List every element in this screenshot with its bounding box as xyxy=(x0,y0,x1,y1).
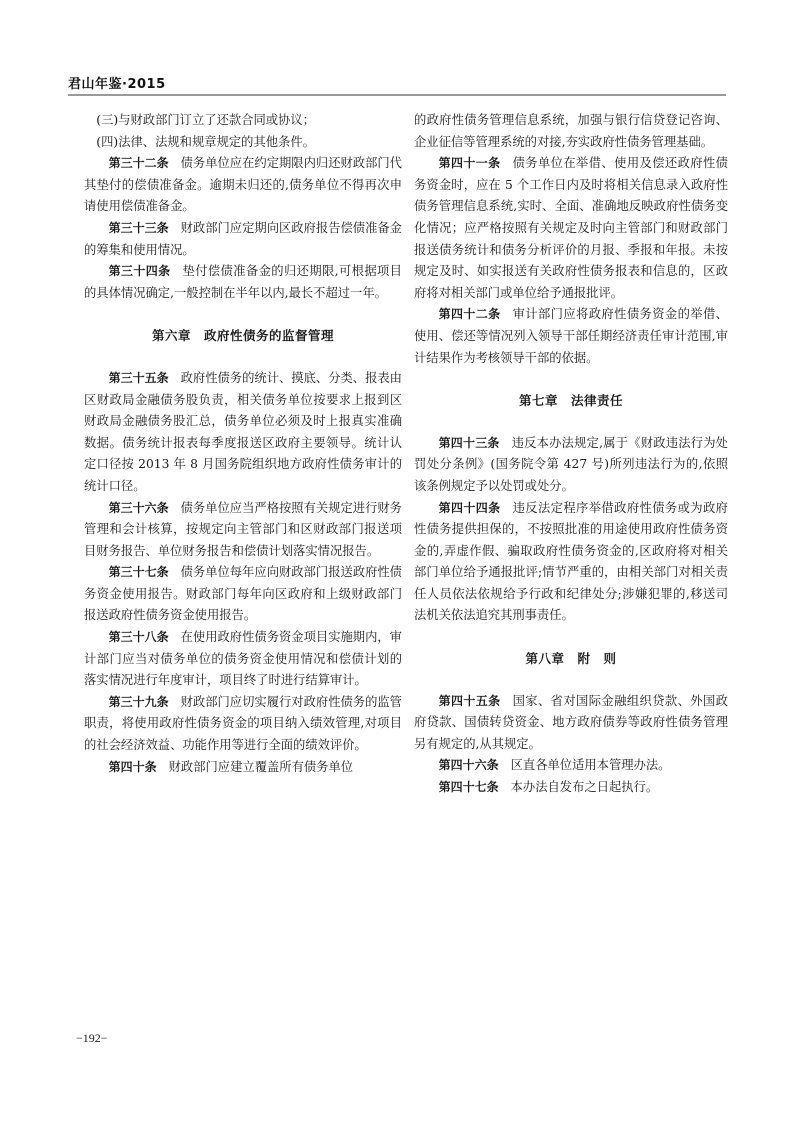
left-column: (三)与财政部门订立了还款合同或协议； (四)法律、法规和规章规定的其他条件。 … xyxy=(84,110,402,778)
article-label: 第三十五条 xyxy=(109,371,169,385)
article-label: 第四十条 xyxy=(109,760,157,774)
article-38: 第三十八条在使用政府性债务资金项目实施期内，审计部门应当对债务单位的债务资金使用… xyxy=(84,627,402,692)
article-33: 第三十三条财政部门应定期向区政府报告偿债准备金的筹集和使用情况。 xyxy=(84,218,402,261)
article-34: 第三十四条垫付偿债准备金的归还期限,可根据项目的具体情况确定,一般控制在半年以内… xyxy=(84,261,402,304)
chapter-heading: 第七章 法律责任 xyxy=(414,390,728,412)
article-label: 第三十三条 xyxy=(109,221,169,235)
article-text: 本办法自发布之日起执行。 xyxy=(511,780,659,794)
article-36: 第三十六条债务单位应当严格按照有关规定进行财务管理和会计核算，按规定向主管部门和… xyxy=(84,498,402,563)
article-label: 第四十七条 xyxy=(439,780,499,794)
article-40-continuation: 的政府性债务管理信息系统，加强与银行信贷登记咨询、企业征信等管理系统的对接,夯实… xyxy=(414,110,728,153)
article-label: 第四十三条 xyxy=(439,436,500,450)
article-text: 政府性债务的统计、摸底、分类、报表由区财政局金融债务股负责，相关债务单位按要求上… xyxy=(84,371,402,493)
article-text: 债务单位在举借、使用及偿还政府性债务资金时，应在 5 个工作日内及时将相关信息录… xyxy=(414,156,728,300)
list-item: (三)与财政部门订立了还款合同或协议； xyxy=(84,110,402,132)
right-column: 的政府性债务管理信息系统，加强与银行信贷登记咨询、企业征信等管理系统的对接,夯实… xyxy=(414,110,728,799)
article-label: 第四十一条 xyxy=(439,156,501,170)
article-label: 第三十六条 xyxy=(109,501,169,515)
article-39: 第三十九条财政部门应切实履行对政府性债务的监管职责，将使用政府性债务资金的项目纳… xyxy=(84,692,402,757)
article-41: 第四十一条债务单位在举借、使用及偿还政府性债务资金时，应在 5 个工作日内及时将… xyxy=(414,153,728,304)
article-label: 第四十二条 xyxy=(439,307,501,321)
article-40: 第四十条财政部门应建立覆盖所有债务单位 xyxy=(84,757,402,779)
article-text: 违反法定程序举借政府性债务或为政府性债务提供担保的，不按照批准的用途使用政府性债… xyxy=(414,501,728,623)
article-44: 第四十四条违反法定程序举借政府性债务或为政府性债务提供担保的，不按照批准的用途使… xyxy=(414,498,728,628)
article-45: 第四十五条国家、省对国际金融组织贷款、外国政府贷款、国债转贷资金、地方政府债券等… xyxy=(414,691,728,756)
running-header-title: 君山年鉴·2015 xyxy=(68,73,166,92)
article-text: 区直各单位适用本管理办法。 xyxy=(511,758,671,772)
article-37: 第三十七条债务单位每年应向财政部门报送政府性债务资金使用报告。财政部门每年向区政… xyxy=(84,562,402,627)
article-label: 第四十五条 xyxy=(439,694,501,708)
article-label: 第三十七条 xyxy=(109,565,169,579)
article-label: 第三十二条 xyxy=(109,156,169,170)
list-item: (四)法律、法规和规章规定的其他条件。 xyxy=(84,132,402,154)
article-46: 第四十六条区直各单位适用本管理办法。 xyxy=(414,755,728,777)
article-35: 第三十五条政府性债务的统计、摸底、分类、报表由区财政局金融债务股负责，相关债务单… xyxy=(84,368,402,498)
article-label: 第三十八条 xyxy=(109,630,169,644)
article-label: 第三十四条 xyxy=(109,264,171,278)
article-label: 第四十六条 xyxy=(439,758,499,772)
header-rule xyxy=(68,94,726,96)
chapter-heading: 第六章 政府性债务的监督管理 xyxy=(84,325,402,347)
article-label: 第三十九条 xyxy=(109,695,169,709)
article-43: 第四十三条违反本办法规定,属于《财政违法行为处罚处分条例》(国务院令第 427 … xyxy=(414,433,728,498)
chapter-heading: 第八章 附 则 xyxy=(414,648,728,670)
article-label: 第四十四条 xyxy=(439,501,501,515)
article-42: 第四十二条审计部门应将政府性债务资金的举借、使用、偿还等情况列入领导干部任期经济… xyxy=(414,304,728,369)
article-47: 第四十七条本办法自发布之日起执行。 xyxy=(414,777,728,799)
article-32: 第三十二条债务单位应在约定期限内归还财政部门代其垫付的偿债准备金。逾期未归还的,… xyxy=(84,153,402,218)
page-number: −192− xyxy=(76,1031,108,1046)
article-text: 财政部门应建立覆盖所有债务单位 xyxy=(169,760,353,774)
